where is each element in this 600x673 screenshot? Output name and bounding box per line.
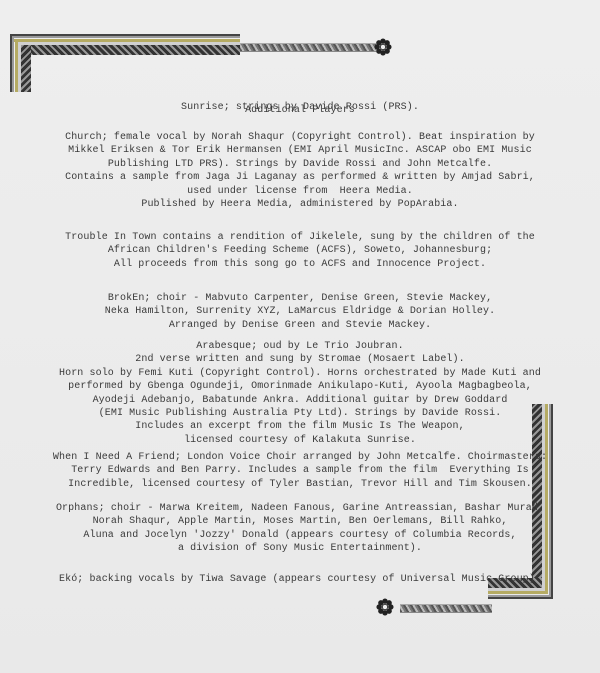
flower-top-icon [374,38,392,56]
credit-eko: Ekó; backing vocals by Tiwa Savage (appe… [0,573,600,586]
credit-line: Published by Heera Media, administered b… [0,198,600,211]
credit-line: Horn solo by Femi Kuti (Copyright Contro… [0,367,600,380]
credit-line: African Children's Feeding Scheme (ACFS)… [0,244,600,257]
credit-line: Sunrise; strings by Davide Rossi (PRS). [0,101,600,114]
credit-line: Neka Hamilton, Surrenity XYZ, LaMarcus E… [0,305,600,318]
credit-line: Terry Edwards and Ben Parry. Includes a … [0,464,600,477]
credit-line: Publishing LTD PRS). Strings by Davide R… [0,158,600,171]
credit-line: Norah Shaqur, Apple Martin, Moses Martin… [0,515,600,528]
credit-arabesque: Arabesque; oud by Le Trio Joubran.2nd ve… [0,340,600,447]
credit-line: BrokEn; choir - Mabvuto Carpenter, Denis… [0,292,600,305]
flower-bottom-icon [376,598,394,616]
credit-line: performed by Gbenga Ogundeji, Omorinmade… [0,380,600,393]
credit-line: Ayodeji Adebanjo, Babatunde Ankra. Addit… [0,394,600,407]
chain-border-top-icon [240,43,376,52]
credit-line: Orphans; choir - Marwa Kreitem, Nadeen F… [0,502,600,515]
credit-line: All proceeds from this song go to ACFS a… [0,258,600,271]
credit-line: Contains a sample from Jaga Ji Laganay a… [0,171,600,184]
credit-line: Arabesque; oud by Le Trio Joubran. [0,340,600,353]
credit-sunrise: Sunrise; strings by Davide Rossi (PRS). [0,101,600,114]
credit-line: a division of Sony Music Entertainment). [0,542,600,555]
credit-line: Includes an excerpt from the film Music … [0,420,600,433]
credit-church: Church; female vocal by Norah Shaqur (Co… [0,131,600,211]
credit-when-i-need-a-friend: When I Need A Friend; London Voice Choir… [0,451,600,491]
credit-broken: BrokEn; choir - Mabvuto Carpenter, Denis… [0,292,600,332]
credit-line: Incredible, licensed courtesy of Tyler B… [0,478,600,491]
credit-trouble-in-town: Trouble In Town contains a rendition of … [0,231,600,271]
credit-line: Aluna and Jocelyn 'Jozzy' Donald (appear… [0,529,600,542]
credit-orphans: Orphans; choir - Marwa Kreitem, Nadeen F… [0,502,600,556]
credit-line: Ekó; backing vocals by Tiwa Savage (appe… [0,573,600,586]
credit-line: used under license from Heera Media. [0,185,600,198]
credit-line: 2nd verse written and sung by Stromae (M… [0,353,600,366]
credit-line: When I Need A Friend; London Voice Choir… [0,451,600,464]
credit-line: (EMI Music Publishing Australia Pty Ltd)… [0,407,600,420]
credit-line: Arranged by Denise Green and Stevie Mack… [0,319,600,332]
credit-line: Trouble In Town contains a rendition of … [0,231,600,244]
credit-line: Mikkel Eriksen & Tor Erik Hermansen (EMI… [0,144,600,157]
credit-line: Church; female vocal by Norah Shaqur (Co… [0,131,600,144]
chain-border-bottom-icon [400,604,492,613]
credit-line: licensed courtesy of Kalakuta Sunrise. [0,434,600,447]
